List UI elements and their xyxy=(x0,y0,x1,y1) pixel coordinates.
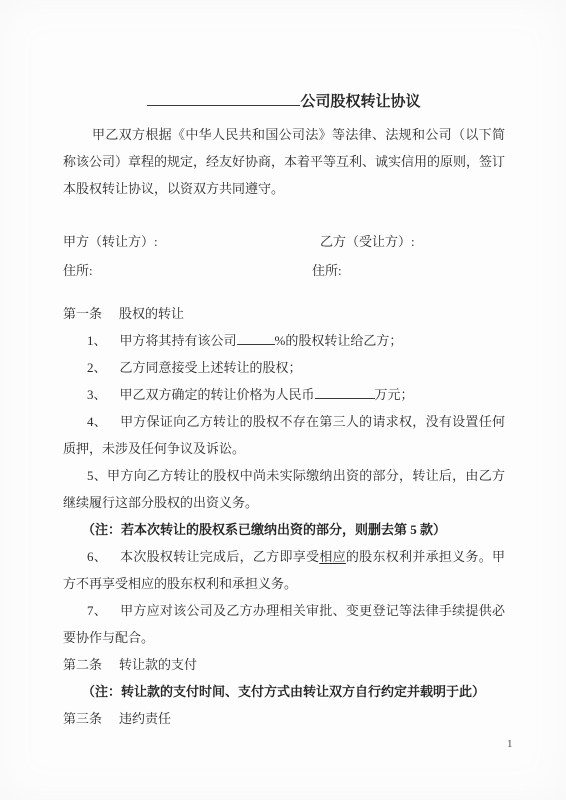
item-1-text-post: %的股权转让给乙方； xyxy=(275,333,403,348)
article3-title: 违约责任 xyxy=(119,711,171,726)
article1-item-7: 7、甲方应对该公司及乙方办理相关审批、变更登记等法律手续提供必要协作与配合。 xyxy=(63,597,505,651)
item-4-text: 甲方保证向乙方转让的股权不存在第三人的请求权，没有设置任何质押，未涉及任何争议及… xyxy=(63,414,505,456)
article1-item-6: 6、本次股权转让完成后，乙方即享受相应的股东权利并承担义务。甲方不再享受相应的股… xyxy=(63,543,505,597)
page-number: 1 xyxy=(507,737,513,751)
party-b-address-label: 住所: xyxy=(312,257,342,284)
document-title-text: 公司股权转让协议 xyxy=(300,94,420,110)
parties-section: 甲方（转让方）: 乙方（受让方）: 住所: 住所: xyxy=(63,228,505,284)
article2-number: 第二条 xyxy=(63,657,102,672)
article1-item-5: 5、甲方向乙方转让的股权中尚未实际缴纳出资的部分，转让后，由乙方继续履行这部分股… xyxy=(63,462,505,516)
party-address-row: 住所: 住所: xyxy=(63,257,505,284)
item-2-number: 2、 xyxy=(87,360,107,375)
article2-heading: 第二条转让款的支付 xyxy=(63,651,505,678)
article3-number: 第三条 xyxy=(63,711,102,726)
party-a-label: 甲方（转让方）: xyxy=(63,234,158,249)
item-6-text-pre: 本次股权转让完成后，乙方即享受 xyxy=(120,549,319,564)
article1-item-1: 1、甲方将其持有该公司%的股权转让给乙方； xyxy=(63,327,505,354)
item-3-text-pre: 甲乙双方确定的转让价格为人民币 xyxy=(120,387,315,402)
item-1-text-pre: 甲方将其持有该公司 xyxy=(120,333,237,348)
item-3-text-post: 万元； xyxy=(375,387,414,402)
item-3-number: 3、 xyxy=(87,387,107,402)
item-5-text: 甲方向乙方转让的股权中尚未实际缴纳出资的部分，转让后，由乙方继续履行这部分股权的… xyxy=(63,468,505,510)
item-7-number: 7、 xyxy=(87,603,107,618)
document-title: 公司股权转让协议 xyxy=(63,88,505,116)
item-2-text: 乙方同意接受上述转让的股权； xyxy=(120,360,302,375)
article1-heading: 第一条股权的转让 xyxy=(63,300,505,327)
article1-item-4: 4、甲方保证向乙方转让的股权不存在第三人的请求权，没有设置任何质押，未涉及任何争… xyxy=(63,408,505,462)
document-content: 公司股权转让协议 甲乙双方根据《中华人民共和国公司法》等法律、法规和公司（以下简… xyxy=(63,88,505,732)
preamble-paragraph: 甲乙双方根据《中华人民共和国公司法》等法律、法规和公司（以下简称该公司）章程的规… xyxy=(63,121,505,202)
item-6-number: 6、 xyxy=(87,549,107,564)
item-5-number: 5、 xyxy=(87,468,107,483)
item-7-text: 甲方应对该公司及乙方办理相关审批、变更登记等法律手续提供必要协作与配合。 xyxy=(63,603,505,645)
article1-item-2: 2、乙方同意接受上述转让的股权； xyxy=(63,354,505,381)
article1-note: （注：若本次转让的股权系已缴纳出资的部分，则删去第 5 款） xyxy=(63,516,505,543)
party-b-label: 乙方（受让方）: xyxy=(320,228,415,255)
item-6-underlined-word: 相应 xyxy=(319,549,346,564)
article2-note: （注：转让款的支付时间、支付方式由转让双方自行约定并载明于此） xyxy=(63,678,505,705)
item-1-number: 1、 xyxy=(87,333,107,348)
item-4-number: 4、 xyxy=(87,414,107,429)
item-1-blank-underline xyxy=(237,331,275,345)
item-3-blank-underline xyxy=(315,385,375,399)
articles-body: 第一条股权的转让 1、甲方将其持有该公司%的股权转让给乙方； 2、乙方同意接受上… xyxy=(63,300,505,732)
party-a-address-label: 住所: xyxy=(63,263,93,278)
article3-heading: 第三条违约责任 xyxy=(63,705,505,732)
document-page: 公司股权转让协议 甲乙双方根据《中华人民共和国公司法》等法律、法规和公司（以下简… xyxy=(0,0,566,800)
party-names-row: 甲方（转让方）: 乙方（受让方）: xyxy=(63,228,505,255)
article1-number: 第一条 xyxy=(63,306,102,321)
article1-title: 股权的转让 xyxy=(119,306,184,321)
article1-item-3: 3、甲乙双方确定的转让价格为人民币万元； xyxy=(63,381,505,408)
article2-title: 转让款的支付 xyxy=(119,657,197,672)
title-blank-underline xyxy=(147,91,300,106)
